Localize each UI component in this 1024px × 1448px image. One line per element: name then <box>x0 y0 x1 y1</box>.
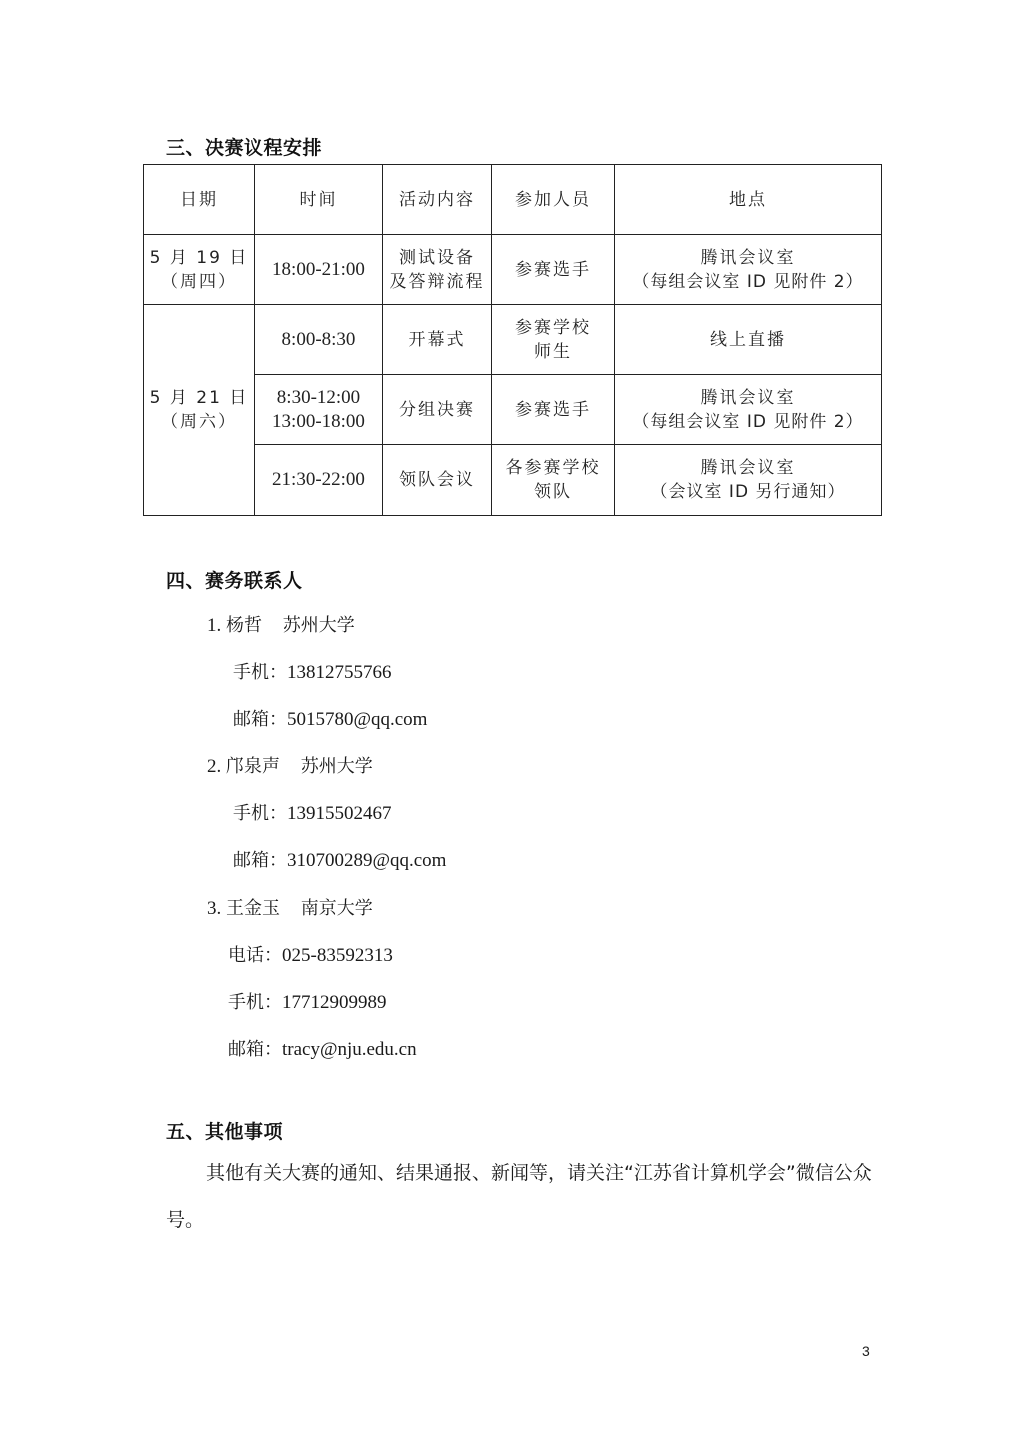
section-heading-other: 五、其他事项 <box>166 1117 283 1144</box>
header-location: 地点 <box>615 165 882 235</box>
participants-cell: 参赛选手 <box>492 235 615 305</box>
time-line: 13:00-18:00 <box>255 410 382 434</box>
location-line: （每组会议室 ID 见附件 2） <box>615 270 881 294</box>
date-text: 5 月 19 日 <box>144 246 254 270</box>
email-label: 邮箱： <box>233 709 287 730</box>
email-value: tracy@nju.edu.cn <box>282 1039 417 1060</box>
table-row: 21:30-22:00 领队会议 各参赛学校 领队 腾讯会议室 （会议室 ID … <box>144 445 882 516</box>
contact-mobile: 手机：13915502467 <box>233 799 392 825</box>
time-cell: 21:30-22:00 <box>255 445 383 516</box>
contact-name: 邝泉声 <box>226 756 280 777</box>
participants-line: 师生 <box>492 340 614 364</box>
location-line: 腾讯会议室 <box>615 246 881 270</box>
mobile-label: 手机： <box>228 992 282 1013</box>
contact-entry: 3. 王金玉 南京大学 <box>207 894 373 920</box>
participants-cell: 参赛选手 <box>492 375 615 445</box>
location-line: （每组会议室 ID 见附件 2） <box>615 410 881 434</box>
email-value: 5015780@qq.com <box>287 709 427 730</box>
header-activity: 活动内容 <box>383 165 492 235</box>
location-cell: 腾讯会议室 （会议室 ID 另行通知） <box>615 445 882 516</box>
location-line: 腾讯会议室 <box>615 386 881 410</box>
activity-cell: 分组决赛 <box>383 375 492 445</box>
phone-label: 电话： <box>228 945 282 966</box>
time-line: 8:30-12:00 <box>255 386 382 410</box>
mobile-value: 13812755766 <box>287 662 392 683</box>
date-cell: 5 月 19 日 （周四） <box>144 235 255 305</box>
page-number: 3 <box>862 1343 870 1359</box>
contact-index: 2. <box>207 756 221 777</box>
other-paragraph: 其他有关大赛的通知、结果通报、新闻等，请关注“江苏省计算机学会”微信公众号。 <box>166 1150 882 1244</box>
contact-name: 王金玉 <box>226 898 280 919</box>
activity-cell: 领队会议 <box>383 445 492 516</box>
email-label: 邮箱： <box>233 850 287 871</box>
participants-cell: 各参赛学校 领队 <box>492 445 615 516</box>
contact-mobile: 手机：13812755766 <box>233 658 392 684</box>
contact-email: 邮箱：tracy@nju.edu.cn <box>228 1035 417 1061</box>
date-text: 5 月 21 日 <box>144 386 254 410</box>
mobile-value: 17712909989 <box>282 992 387 1013</box>
contact-phone: 电话：025-83592313 <box>228 941 393 967</box>
activity-line: 及答辩流程 <box>383 270 491 294</box>
contact-entry: 2. 邝泉声 苏州大学 <box>207 752 373 778</box>
table-row: 8:30-12:00 13:00-18:00 分组决赛 参赛选手 腾讯会议室 （… <box>144 375 882 445</box>
participants-line: 领队 <box>492 480 614 504</box>
contact-index: 1. <box>207 615 221 636</box>
location-cell: 腾讯会议室 （每组会议室 ID 见附件 2） <box>615 235 882 305</box>
time-cell: 8:30-12:00 13:00-18:00 <box>255 375 383 445</box>
time-cell: 8:00-8:30 <box>255 305 383 375</box>
location-cell: 线上直播 <box>615 305 882 375</box>
phone-value: 025-83592313 <box>282 945 393 966</box>
mobile-value: 13915502467 <box>287 803 392 824</box>
contact-index: 3. <box>207 898 221 919</box>
header-time: 时间 <box>255 165 383 235</box>
date-cell: 5 月 21 日 （周六） <box>144 305 255 516</box>
mobile-label: 手机： <box>233 803 287 824</box>
table-row: 5 月 19 日 （周四） 18:00-21:00 测试设备 及答辩流程 参赛选… <box>144 235 882 305</box>
table-row: 5 月 21 日 （周六） 8:00-8:30 开幕式 参赛学校 师生 线上直播 <box>144 305 882 375</box>
participants-line: 参赛学校 <box>492 316 614 340</box>
agenda-table: 日期 时间 活动内容 参加人员 地点 5 月 19 日 （周四） 18:00-2… <box>143 164 882 516</box>
contact-entry: 1. 杨哲 苏州大学 <box>207 611 355 637</box>
weekday-text: （周四） <box>144 270 254 294</box>
contact-name: 杨哲 <box>226 615 262 636</box>
contact-org: 苏州大学 <box>301 756 373 777</box>
section-heading-contacts: 四、赛务联系人 <box>166 566 303 593</box>
mobile-label: 手机： <box>233 662 287 683</box>
contact-org: 南京大学 <box>301 898 373 919</box>
contact-org: 苏州大学 <box>283 615 355 636</box>
activity-cell: 开幕式 <box>383 305 492 375</box>
header-date: 日期 <box>144 165 255 235</box>
activity-cell: 测试设备 及答辩流程 <box>383 235 492 305</box>
participants-cell: 参赛学校 师生 <box>492 305 615 375</box>
email-value: 310700289@qq.com <box>287 850 446 871</box>
location-cell: 腾讯会议室 （每组会议室 ID 见附件 2） <box>615 375 882 445</box>
contact-email: 邮箱：310700289@qq.com <box>233 846 446 872</box>
section-heading-agenda: 三、决赛议程安排 <box>166 133 322 160</box>
time-cell: 18:00-21:00 <box>255 235 383 305</box>
participants-line: 各参赛学校 <box>492 456 614 480</box>
weekday-text: （周六） <box>144 410 254 434</box>
email-label: 邮箱： <box>228 1039 282 1060</box>
contact-email: 邮箱：5015780@qq.com <box>233 705 427 731</box>
location-line: （会议室 ID 另行通知） <box>615 480 881 504</box>
location-line: 腾讯会议室 <box>615 456 881 480</box>
table-header-row: 日期 时间 活动内容 参加人员 地点 <box>144 165 882 235</box>
contact-mobile: 手机：17712909989 <box>228 988 387 1014</box>
activity-line: 测试设备 <box>383 246 491 270</box>
header-participants: 参加人员 <box>492 165 615 235</box>
